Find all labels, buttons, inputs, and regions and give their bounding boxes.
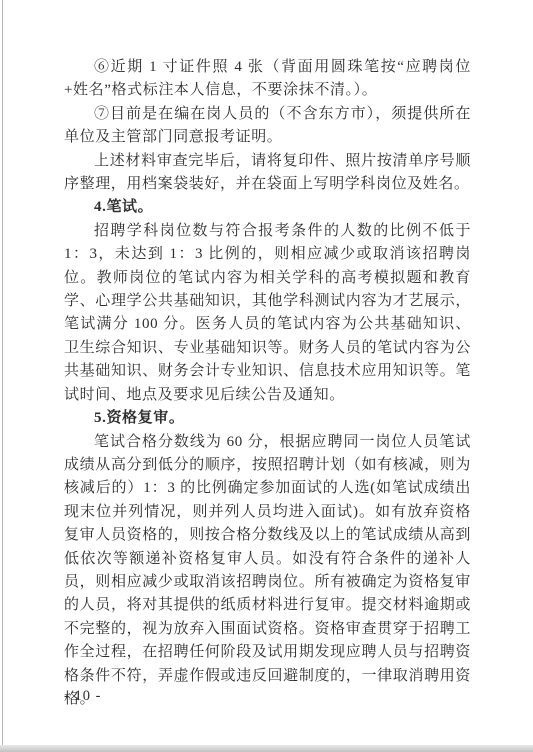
document-body: ⑥近期 1 寸证件照 4 张（背面用圆珠笔按“应聘岗位+姓名”格式标注本人信息，… xyxy=(64,56,471,711)
page-number: - 10 - xyxy=(64,688,101,705)
paragraph-employment-proof: ⑦目前是在编在岗人员的（不含东方市），须提供所在单位及主管部门同意报考证明。 xyxy=(64,103,471,150)
section-heading-written-exam: 4.笔试。 xyxy=(64,196,471,219)
paragraph-written-exam-details: 招聘学科岗位数与符合报考条件的人数的比例不低于 1：3，未达到 1：3 比例的，… xyxy=(64,220,471,407)
page-bottom-edge xyxy=(0,745,533,752)
document-page: ⑥近期 1 寸证件照 4 张（背面用圆珠笔按“应聘岗位+姓名”格式标注本人信息，… xyxy=(0,0,533,752)
section-heading-qualification-review: 5.资格复审。 xyxy=(64,407,471,430)
paragraph-qualification-review-details: 笔试合格分数线为 60 分，根据应聘同一岗位人员笔试成绩从高分到低分的顺序，按照… xyxy=(64,431,471,712)
paragraph-photo-requirement: ⑥近期 1 寸证件照 4 张（背面用圆珠笔按“应聘岗位+姓名”格式标注本人信息，… xyxy=(64,56,471,103)
paragraph-materials-packaging: 上述材料审查完毕后，请将复印件、照片按清单序号顺序整理，用档案袋装好，并在袋面上… xyxy=(64,150,471,197)
page-left-edge xyxy=(2,0,3,746)
